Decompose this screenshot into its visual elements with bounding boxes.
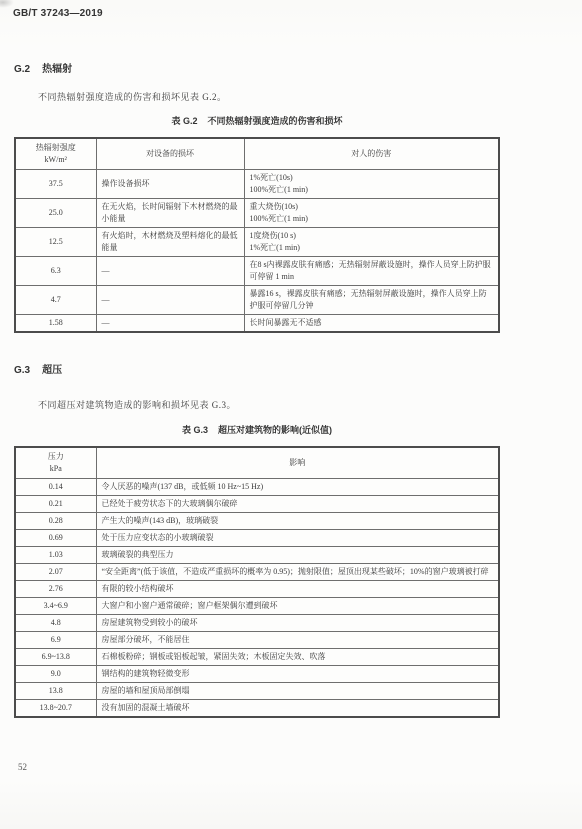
header-label: 热辐射强度 (20, 142, 92, 154)
table-cell-value: 1.03 (15, 547, 96, 564)
table-row: 6.3—在8 s内裸露皮肤有痛感；无热辐射屏蔽设施时，操作人员穿上防护服可停留 … (15, 257, 499, 286)
table-row: 2.76有限的较小结构破坏 (15, 581, 499, 598)
table-row: 0.21已经处于疲劳状态下的大玻璃偶尔破碎 (15, 496, 499, 513)
table-cell-value: 6.3 (15, 257, 96, 286)
table-cell-equipment: 操作设备损坏 (96, 170, 244, 199)
table-cell-effect: 房屋部分破坏，不能居住 (96, 632, 499, 649)
paragraph-g2: 不同热辐射强度造成的伤害和损坏见表 G.2。 (38, 90, 227, 103)
table-cell-effect: 产生大的噪声(143 dB)，玻璃破裂 (96, 513, 499, 530)
doc-number: GB/T 37243—2019 (13, 8, 103, 19)
header-cell-intensity: 热辐射强度 kW/m² (15, 138, 96, 170)
table-row: 3.4~6.9大窗户和小窗户通常破碎；窗户框架偶尔遭到破坏 (15, 598, 499, 615)
table-cell-value: 0.21 (15, 496, 96, 513)
header-cell-effect: 影响 (96, 447, 499, 479)
table-row: 0.14令人厌恶的噪声(137 dB，或低频 10 Hz~15 Hz) (15, 479, 499, 496)
section-heading-g2: G.2热辐射 (14, 60, 72, 75)
paragraph-g3: 不同超压对建筑物造成的影响和损坏见表 G.3。 (38, 398, 236, 411)
caption-title: 不同热辐射强度造成的伤害和损坏 (208, 116, 343, 126)
table-cell-person: 长时间暴露无不适感 (244, 315, 499, 333)
table-row: 0.28产生大的噪声(143 dB)，玻璃破裂 (15, 513, 499, 530)
table-g3: 压力 kPa 影响 0.14令人厌恶的噪声(137 dB，或低频 10 Hz~1… (14, 446, 500, 718)
table-row: 6.9~13.8石棉板粉碎；钢板或铝板起皱，紧固失效；木板固定失效、吹落 (15, 649, 499, 666)
table-g3-body: 0.14令人厌恶的噪声(137 dB，或低频 10 Hz~15 Hz)0.21已… (15, 479, 499, 718)
table-cell-person: 1度烧伤(10 s)1%死亡(1 min) (244, 228, 499, 257)
header-cell-person: 对人的伤害 (244, 138, 499, 170)
table-cell-effect: 钢结构的建筑物轻微变形 (96, 666, 499, 683)
table-cell-value: 25.0 (15, 199, 96, 228)
table-row: 4.7—暴露16 s，裸露皮肤有痛感；无热辐射屏蔽设施时，操作人员穿上防护服可停… (15, 286, 499, 315)
table-cell-value: 0.69 (15, 530, 96, 547)
table-cell-person: 重大烧伤(10s)100%死亡(1 min) (244, 199, 499, 228)
table-cell-value: 12.5 (15, 228, 96, 257)
section-number: G.2 (14, 64, 30, 75)
table-caption-g2: 表 G.2不同热辐射强度造成的伤害和损坏 (14, 114, 500, 127)
table-row: 13.8~20.7没有加固的混凝土墙破坏 (15, 700, 499, 718)
table-row: 6.9房屋部分破坏，不能居住 (15, 632, 499, 649)
section-title: 热辐射 (42, 64, 72, 75)
table-cell-value: 0.28 (15, 513, 96, 530)
table-cell-value: 2.76 (15, 581, 96, 598)
table-row: 1.03玻璃破裂的典型压力 (15, 547, 499, 564)
table-cell-effect: 已经处于疲劳状态下的大玻璃偶尔破碎 (96, 496, 499, 513)
header-unit: kPa (20, 463, 92, 475)
table-cell-effect: 石棉板粉碎；钢板或铝板起皱，紧固失效；木板固定失效、吹落 (96, 649, 499, 666)
table-row: 9.0钢结构的建筑物轻微变形 (15, 666, 499, 683)
table-row: 12.5有火焰时，木材燃烧及塑料熔化的最低能量1度烧伤(10 s)1%死亡(1 … (15, 228, 499, 257)
page-number: 52 (18, 762, 27, 772)
table-cell-effect: 房屋建筑物受到较小的破坏 (96, 615, 499, 632)
table-row: 37.5操作设备损坏1%死亡(10s)100%死亡(1 min) (15, 170, 499, 199)
table-caption-g3: 表 G.3超压对建筑物的影响(近似值) (14, 423, 500, 436)
table-cell-effect: 房屋的墙和屋顶局部倒塌 (96, 683, 499, 700)
table-cell-person: 在8 s内裸露皮肤有痛感；无热辐射屏蔽设施时，操作人员穿上防护服可停留 1 mi… (244, 257, 499, 286)
table-g2: 热辐射强度 kW/m² 对设备的损坏 对人的伤害 37.5操作设备损坏1%死亡(… (14, 137, 500, 333)
table-cell-value: 1.58 (15, 315, 96, 333)
table-cell-effect: 没有加固的混凝土墙破坏 (96, 700, 499, 718)
table-cell-value: 0.14 (15, 479, 96, 496)
table-cell-equipment: 在无火焰，长时间辐射下木材燃烧的最小能量 (96, 199, 244, 228)
table-cell-value: 37.5 (15, 170, 96, 199)
table-cell-effect: 令人厌恶的噪声(137 dB，或低频 10 Hz~15 Hz) (96, 479, 499, 496)
table-header-row: 热辐射强度 kW/m² 对设备的损坏 对人的伤害 (15, 138, 499, 170)
table-cell-person: 暴露16 s，裸露皮肤有痛感；无热辐射屏蔽设施时，操作人员穿上防护服可停留几分钟 (244, 286, 499, 315)
table-cell-effect: “安全距离”(低于该值，不造成严重损坏的概率为 0.95)；抛射限值；屋顶出现某… (96, 564, 499, 581)
table-cell-equipment: — (96, 286, 244, 315)
table-cell-equipment: — (96, 315, 244, 333)
header-cell-equipment: 对设备的损坏 (96, 138, 244, 170)
caption-title: 超压对建筑物的影响(近似值) (218, 425, 332, 435)
table-row: 13.8房屋的墙和屋顶局部倒塌 (15, 683, 499, 700)
table-cell-equipment: 有火焰时，木材燃烧及塑料熔化的最低能量 (96, 228, 244, 257)
header-cell-pressure: 压力 kPa (15, 447, 96, 479)
table-row: 1.58—长时间暴露无不适感 (15, 315, 499, 333)
table-header-row: 压力 kPa 影响 (15, 447, 499, 479)
table-cell-person: 1%死亡(10s)100%死亡(1 min) (244, 170, 499, 199)
table-cell-effect: 处于压力应变状态的小玻璃破裂 (96, 530, 499, 547)
section-number: G.3 (14, 365, 30, 376)
table-cell-value: 13.8 (15, 683, 96, 700)
table-row: 0.69处于压力应变状态的小玻璃破裂 (15, 530, 499, 547)
section-title: 超压 (42, 365, 62, 376)
table-cell-value: 2.07 (15, 564, 96, 581)
table-cell-value: 6.9~13.8 (15, 649, 96, 666)
caption-number: 表 G.3 (182, 425, 208, 435)
table-cell-effect: 大窗户和小窗户通常破碎；窗户框架偶尔遭到破坏 (96, 598, 499, 615)
table-row: 2.07“安全距离”(低于该值，不造成严重损坏的概率为 0.95)；抛射限值；屋… (15, 564, 499, 581)
table-row: 4.8房屋建筑物受到较小的破坏 (15, 615, 499, 632)
table-g2-header: 热辐射强度 kW/m² 对设备的损坏 对人的伤害 (15, 138, 499, 170)
table-cell-effect: 有限的较小结构破坏 (96, 581, 499, 598)
table-cell-effect: 玻璃破裂的典型压力 (96, 547, 499, 564)
table-g2-body: 37.5操作设备损坏1%死亡(10s)100%死亡(1 min)25.0在无火焰… (15, 170, 499, 333)
table-cell-value: 6.9 (15, 632, 96, 649)
header-unit: kW/m² (20, 154, 92, 166)
table-cell-value: 3.4~6.9 (15, 598, 96, 615)
scan-artifact (0, 0, 14, 8)
table-row: 25.0在无火焰，长时间辐射下木材燃烧的最小能量重大烧伤(10s)100%死亡(… (15, 199, 499, 228)
table-g3-header: 压力 kPa 影响 (15, 447, 499, 479)
table-cell-value: 9.0 (15, 666, 96, 683)
table-cell-value: 4.7 (15, 286, 96, 315)
table-cell-equipment: — (96, 257, 244, 286)
caption-number: 表 G.2 (171, 116, 197, 126)
header-label: 压力 (20, 451, 92, 463)
table-cell-value: 13.8~20.7 (15, 700, 96, 718)
table-cell-value: 4.8 (15, 615, 96, 632)
section-heading-g3: G.3超压 (14, 361, 62, 376)
document-page: GB/T 37243—2019 G.2热辐射 不同热辐射强度造成的伤害和损坏见表… (0, 0, 582, 829)
